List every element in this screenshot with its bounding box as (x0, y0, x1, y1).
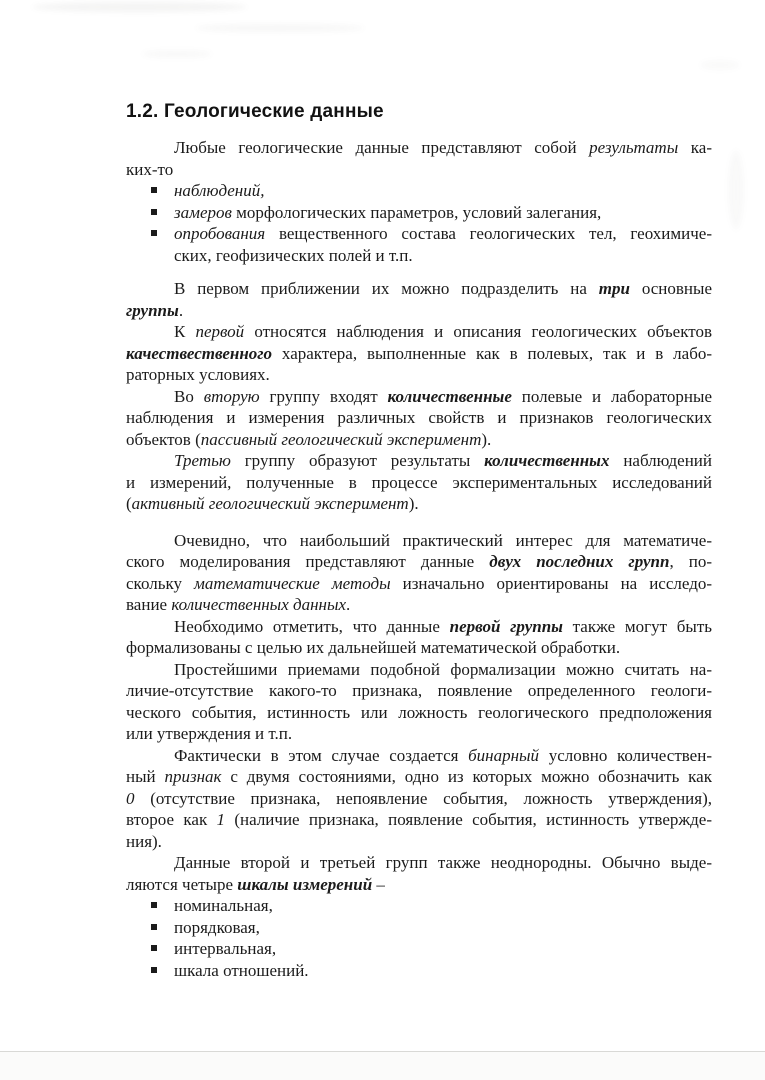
text-segment: основные (630, 279, 712, 298)
text-line: В первом приближении их можно подраздели… (126, 278, 712, 300)
bullet-line: наблюдений, (126, 180, 712, 202)
bullet-line: шкала отношений. (126, 960, 712, 982)
text-segment: раторных условиях. (126, 365, 270, 384)
text-segment: пассивный геологический эксперимент (201, 430, 482, 449)
scan-smudge (700, 60, 740, 70)
text-segment: интервальная, (174, 939, 276, 958)
text-segment: ). (481, 430, 491, 449)
text-segment: ких-то (126, 160, 173, 179)
text-segment: качествественного (126, 344, 272, 363)
text-line: вание количественных данных. (126, 594, 712, 616)
text-segment: условно количествен- (539, 746, 712, 765)
text-line: объектов (пассивный геологический экспер… (126, 429, 712, 451)
text-line: формализованы с целью их дальнейшей мате… (126, 637, 712, 659)
scan-below-edge-area (0, 1052, 765, 1080)
text-segment: личие-отсутствие какого-то признака, поя… (126, 681, 712, 700)
text-segment: 0 (126, 789, 135, 808)
text-segment: группу входят (260, 387, 388, 406)
text-segment: изначально ориентированы на исследо- (391, 574, 712, 593)
text-line: скольку математические методы изначально… (126, 573, 712, 595)
text-segment: группу образуют результаты (231, 451, 484, 470)
text-segment: . (346, 595, 350, 614)
bullet-square-icon (151, 924, 157, 930)
bullet-square-icon (151, 945, 157, 951)
text-segment: первой группы (450, 617, 563, 636)
text-line: Любые геологические данные представляют … (126, 137, 712, 159)
text-segment: ских, геофизических полей и т.п. (174, 246, 413, 265)
text-line: ких-то (126, 159, 712, 181)
text-segment: три (599, 279, 630, 298)
text-line: Во вторую группу входят количественные п… (126, 386, 712, 408)
text-segment: (наличие признака, появление события, ис… (225, 810, 712, 829)
text-line: наблюдения и измерения различных свойств… (126, 407, 712, 429)
text-segment: наблюдения и измерения различных свойств… (126, 408, 712, 427)
bullet-line: интервальная, (126, 938, 712, 960)
text-segment: наблюдений (609, 451, 712, 470)
text-segment: замеров (174, 203, 232, 222)
bullet-square-icon (151, 230, 157, 236)
text-segment: двух последних групп (489, 552, 669, 571)
scanned-document-screenshot: { "document": { "heading": "1.2. Геологи… (0, 0, 765, 1080)
text-segment: ческого события, истинность или ложность… (126, 703, 712, 722)
text-line: группы. (126, 300, 712, 322)
text-segment: К (174, 322, 195, 341)
bullet-line: ских, геофизических полей и т.п. (126, 245, 712, 267)
bullet-square-icon (151, 187, 157, 193)
text-line: Данные второй и третьей групп также неод… (126, 852, 712, 874)
text-segment: количественные (387, 387, 511, 406)
text-segment: количественных данных (171, 595, 346, 614)
bullet-line: номинальная, (126, 895, 712, 917)
text-segment: формализованы с целью их дальнейшей мате… (126, 638, 620, 657)
text-segment: Необходимо отметить, что данные (174, 617, 450, 636)
text-segment: скольку (126, 574, 194, 593)
text-segment: Простейшими приемами подобной формализац… (174, 660, 712, 679)
bullet-square-icon (151, 209, 157, 215)
text-line: ный признак с двумя состояниями, одно из… (126, 766, 712, 788)
text-segment: вание (126, 595, 171, 614)
scan-smudge (195, 24, 365, 32)
text-segment: наблюдений, (174, 181, 265, 200)
text-segment: шкала отношений. (174, 961, 309, 980)
text-segment: с двумя состояниями, одно из которых мож… (222, 767, 713, 786)
text-line: Фактически в этом случае создается бинар… (126, 745, 712, 767)
text-line: (активный геологический эксперимент). (126, 493, 712, 515)
text-segment: полевые и лабораторные (512, 387, 712, 406)
text-segment: или утверждения и т.п. (126, 724, 292, 743)
text-segment: 1 (217, 810, 226, 829)
text-line: Необходимо отметить, что данные первой г… (126, 616, 712, 638)
page-content: 1.2. Геологические данные Любые геологич… (126, 100, 712, 981)
text-segment: ка- (678, 138, 712, 157)
text-line: Простейшими приемами подобной формализац… (126, 659, 712, 681)
bullet-line: замеров морфологических параметров, усло… (126, 202, 712, 224)
text-segment: порядковая, (174, 918, 260, 937)
text-line: второе как 1 (наличие признака, появлени… (126, 809, 712, 831)
text-segment: морфологических параметров, условий зале… (232, 203, 601, 222)
text-segment: ния). (126, 832, 162, 851)
text-segment: также могут быть (563, 617, 712, 636)
text-line: Третью группу образуют результаты количе… (126, 450, 712, 472)
bullet-square-icon (151, 967, 157, 973)
document-page: 1.2. Геологические данные Любые геологич… (0, 0, 765, 1080)
text-segment: характера, выполненные как в полевых, та… (272, 344, 712, 363)
text-segment: В первом приближении их можно подраздели… (174, 279, 599, 298)
text-segment: Любые геологические данные представляют … (174, 138, 589, 157)
text-line: или утверждения и т.п. (126, 723, 712, 745)
text-line: 0 (отсутствие признака, непоявление собы… (126, 788, 712, 810)
text-segment: первой (195, 322, 244, 341)
text-line: К первой относятся наблюдения и описания… (126, 321, 712, 343)
text-segment: – (372, 875, 385, 894)
text-line: ния). (126, 831, 712, 853)
text-line: Очевидно, что наибольший практический ин… (126, 530, 712, 552)
section-heading: 1.2. Геологические данные (126, 100, 712, 123)
text-segment: шкалы измерений (237, 875, 372, 894)
text-segment: группы (126, 301, 179, 320)
text-segment: номинальная, (174, 896, 273, 915)
scan-smudge (32, 2, 247, 12)
text-segment: бинарный (468, 746, 539, 765)
text-segment: опробования (174, 224, 265, 243)
text-segment: признак (164, 767, 221, 786)
text-segment: второе как (126, 810, 217, 829)
text-line: ляются четыре шкалы измерений – (126, 874, 712, 896)
scan-smudge (142, 50, 212, 58)
text-segment: Данные второй и третьей групп также неод… (174, 853, 712, 872)
scan-smudge (728, 150, 744, 230)
text-line: и измерений, полученные в процессе экспе… (126, 472, 712, 494)
text-segment: объектов ( (126, 430, 201, 449)
text-segment: (отсутствие признака, непоявление событи… (135, 789, 713, 808)
bullet-square-icon (151, 902, 157, 908)
text-line: качествественного характера, выполненные… (126, 343, 712, 365)
text-segment: вещественного состава геологических тел,… (265, 224, 712, 243)
text-line: личие-отсутствие какого-то признака, поя… (126, 680, 712, 702)
text-segment: ляются четыре (126, 875, 237, 894)
text-line: ческого события, истинность или ложность… (126, 702, 712, 724)
text-segment: , по- (669, 552, 712, 571)
text-segment: Третью (174, 451, 231, 470)
text-segment: вторую (204, 387, 260, 406)
text-segment: результаты (589, 138, 678, 157)
text-segment: относятся наблюдения и описания геологич… (244, 322, 712, 341)
text-line: раторных условиях. (126, 364, 712, 386)
bullet-line: опробования вещественного состава геолог… (126, 223, 712, 245)
bullet-line: порядковая, (126, 917, 712, 939)
text-segment: активный геологический эксперимент (132, 494, 409, 513)
text-segment: ского моделирования представляют данные (126, 552, 489, 571)
text-segment: ). (409, 494, 419, 513)
text-segment: ный (126, 767, 164, 786)
text-segment: и измерений, полученные в процессе экспе… (126, 473, 712, 492)
text-segment: математические методы (194, 574, 391, 593)
text-line: ского моделирования представляют данные … (126, 551, 712, 573)
text-segment: количественных (484, 451, 609, 470)
text-segment: . (179, 301, 183, 320)
text-segment: Очевидно, что наибольший практический ин… (174, 531, 712, 550)
text-segment: Во (174, 387, 204, 406)
text-block: Любые геологические данные представляют … (126, 137, 712, 981)
text-segment: Фактически в этом случае создается (174, 746, 468, 765)
